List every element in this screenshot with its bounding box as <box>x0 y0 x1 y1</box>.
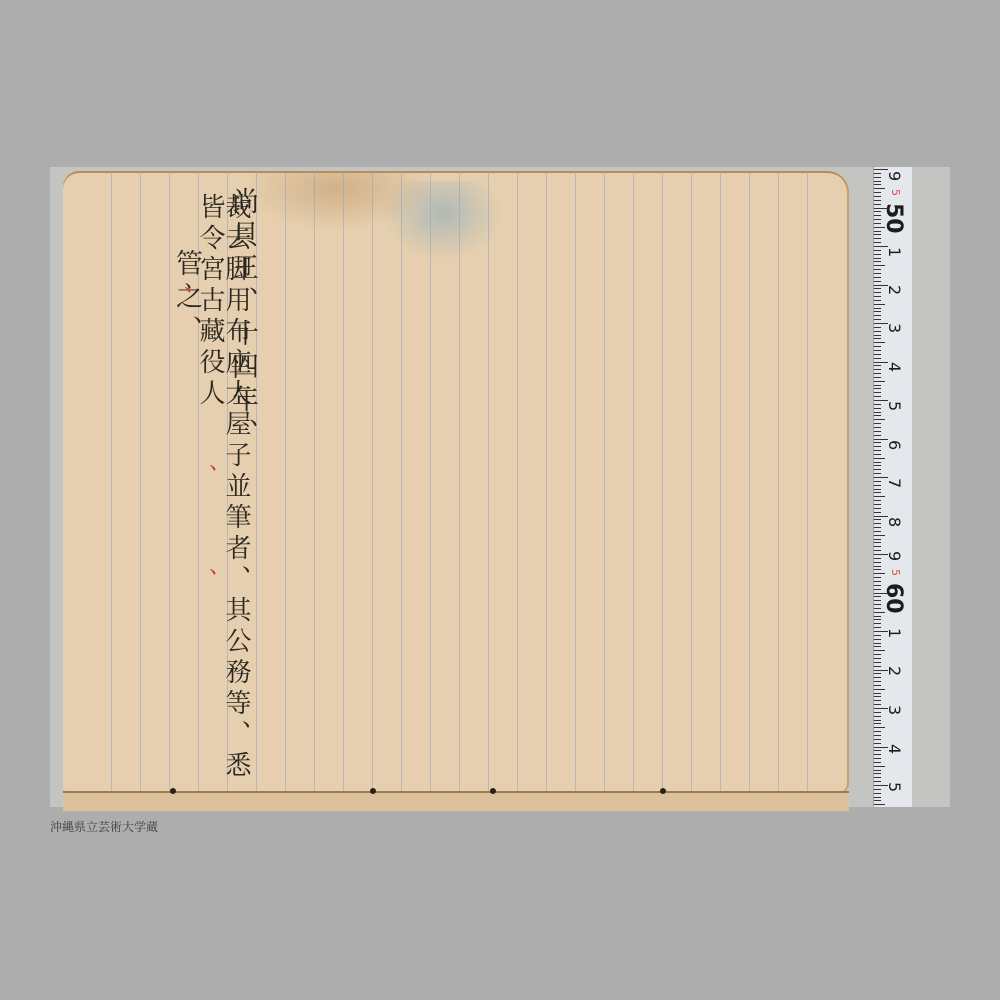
ruler-tick <box>874 246 888 247</box>
ruler-tick <box>874 762 881 763</box>
ruled-line <box>459 171 460 793</box>
ruler-label: 5 <box>885 401 904 441</box>
ruler-tick <box>874 319 881 320</box>
ruler-tick <box>874 593 888 594</box>
ruler-tick <box>874 188 885 189</box>
ruled-line <box>314 171 315 793</box>
ruler-tick <box>874 485 881 486</box>
ruler-tick <box>874 300 881 301</box>
ruler-tick <box>874 516 888 517</box>
ruler-label: 4 <box>885 362 904 402</box>
ruler-tick <box>874 635 881 636</box>
ruler-tick <box>874 800 881 801</box>
ruler-tick <box>874 296 881 297</box>
ruler-tick <box>874 758 881 759</box>
ruler-tick <box>874 770 881 771</box>
ruled-line <box>372 171 373 793</box>
ruler-tick <box>874 327 881 328</box>
ruled-line <box>140 171 141 793</box>
ruler-tick <box>874 573 885 574</box>
ruler-tick <box>874 285 888 286</box>
ruler-tick <box>874 739 881 740</box>
ruler-tick <box>874 542 881 543</box>
ruler-tick <box>874 273 881 274</box>
ruler-tick <box>874 358 881 359</box>
ruled-line <box>749 171 750 793</box>
ruler-tick <box>874 281 881 282</box>
ruler-tick <box>874 250 881 251</box>
ruler-tick <box>874 388 881 389</box>
ruler-tick <box>874 596 881 597</box>
ruler-tick <box>874 558 881 559</box>
ruler-tick <box>874 477 888 478</box>
ruler-tick <box>874 404 881 405</box>
ruled-line <box>401 171 402 793</box>
ruler-tick <box>874 777 881 778</box>
ruler-tick <box>874 589 881 590</box>
ruler-tick <box>874 400 888 401</box>
ruled-line <box>662 171 663 793</box>
ruler-tick <box>874 785 888 786</box>
ruler-tick <box>874 261 881 262</box>
ruler-tick <box>874 631 888 632</box>
ruler-tick <box>874 712 881 713</box>
ruler-tick <box>874 727 885 728</box>
ruler-tick <box>874 258 881 259</box>
ruler-tick <box>874 211 881 212</box>
ruler-tick <box>874 616 881 617</box>
ruler-tick <box>874 519 881 520</box>
ruler-label: 60 <box>881 583 906 623</box>
ruler-tick <box>874 277 881 278</box>
ruler-tick <box>874 308 881 309</box>
ruler-label: 6 <box>885 440 904 480</box>
ruler-tick <box>874 673 881 674</box>
ruler-tick <box>874 604 881 605</box>
ruler-tick <box>874 415 881 416</box>
ruler-tick <box>874 431 881 432</box>
ruler-tick <box>874 789 881 790</box>
ruler-tick <box>874 754 881 755</box>
ruler-tick <box>874 531 881 532</box>
ruler-tick <box>874 793 881 794</box>
ruler-tick <box>874 392 881 393</box>
ruler-tick <box>874 569 881 570</box>
ruler-tick <box>874 231 881 232</box>
ruler-tick <box>874 797 881 798</box>
ruler-tick <box>874 500 881 501</box>
ruler-tick <box>874 608 881 609</box>
ruler-tick <box>874 315 881 316</box>
red-punctuation-mark: 、 <box>184 267 206 298</box>
stitch-hole <box>370 788 376 794</box>
ruler-tick <box>874 454 881 455</box>
ruler-tick <box>874 439 888 440</box>
ruler-tick <box>874 639 881 640</box>
ruler-tick <box>874 716 881 717</box>
ruler-tick <box>874 700 881 701</box>
ruler-tick <box>874 523 881 524</box>
ruler-tick <box>874 435 881 436</box>
ruler-tick <box>874 627 881 628</box>
ruler-tick <box>874 377 881 378</box>
ruler-tick <box>874 177 881 178</box>
ruler-tick <box>874 708 888 709</box>
ruler-tick <box>874 227 885 228</box>
ruler-tick <box>874 804 885 805</box>
ruled-line <box>691 171 692 793</box>
ruler-tick <box>874 720 881 721</box>
ruler-tick <box>874 696 881 697</box>
ruled-line <box>633 171 634 793</box>
ruler-tick <box>874 288 881 289</box>
ruled-line <box>285 171 286 793</box>
ruler-tick <box>874 362 888 363</box>
ruler-tick <box>874 331 881 332</box>
ruler-tick <box>874 396 881 397</box>
ruler-tick <box>874 462 881 463</box>
ruler-tick <box>874 723 881 724</box>
ruler-tick <box>874 412 881 413</box>
ruler-tick <box>874 612 885 613</box>
ruler-tick <box>874 442 881 443</box>
ruler-tick <box>874 693 881 694</box>
ruler-tick <box>874 689 885 690</box>
ruler-tick <box>874 566 881 567</box>
ruled-line <box>517 171 518 793</box>
ruler-tick <box>874 311 881 312</box>
ruler-tick <box>874 427 881 428</box>
ruler-label: 7 <box>885 478 904 518</box>
ruler-tick <box>874 650 885 651</box>
ruler-tick <box>874 204 881 205</box>
ruler-tick <box>874 546 881 547</box>
ruler-label: 3 <box>885 705 904 745</box>
ruler-tick <box>874 181 881 182</box>
ruled-line <box>575 171 576 793</box>
ruler-tick <box>874 408 881 409</box>
notebook-page: 尚貝王、十四年、 裁去脚用布座大屋子並筆者、其公務等、悉皆令宮古藏役人 管之、 … <box>63 171 849 793</box>
ruled-line <box>488 171 489 793</box>
ruler-tick <box>874 208 888 209</box>
ruler-tick <box>874 670 888 671</box>
ruler-tick <box>874 215 881 216</box>
ruler-tick <box>874 677 881 678</box>
ruler-tick <box>874 554 888 555</box>
ruled-line <box>778 171 779 793</box>
stitch-hole <box>660 788 666 794</box>
ruler-tick <box>874 781 881 782</box>
ruler-label: 50 <box>881 203 906 243</box>
ruler-tick <box>874 373 881 374</box>
ruler-tick <box>874 200 881 201</box>
ruler-tick <box>874 184 881 185</box>
ruler-tick <box>874 600 881 601</box>
ruler-tick <box>874 562 881 563</box>
ruler-tick <box>874 550 881 551</box>
ruler-label: 4 <box>885 744 904 784</box>
ruler-tick <box>874 223 881 224</box>
ruled-line <box>720 171 721 793</box>
ruled-line <box>546 171 547 793</box>
ruler-tick <box>874 504 881 505</box>
ruler-tick <box>874 369 881 370</box>
ruler-tick <box>874 508 881 509</box>
archival-photo: 尚貝王、十四年、 裁去脚用布座大屋子並筆者、其公務等、悉皆令宮古藏役人 管之、 … <box>50 167 950 807</box>
ruler-tick <box>874 743 881 744</box>
ruler-tick <box>874 238 881 239</box>
ruler-tick <box>874 646 881 647</box>
ruler-tick <box>874 465 881 466</box>
ruled-line <box>430 171 431 793</box>
ruler-tick <box>874 577 881 578</box>
ruler-label: 1 <box>885 628 904 668</box>
ruler-tick <box>874 365 881 366</box>
ruler-tick <box>874 269 881 270</box>
ruled-line <box>169 171 170 793</box>
red-punctuation-mark: 、 <box>209 549 231 580</box>
ruler-tick <box>874 350 881 351</box>
ruler-tick <box>874 773 881 774</box>
ruler-tick <box>874 419 885 420</box>
ruler-tick <box>874 323 888 324</box>
ruler-tick <box>874 666 881 667</box>
ruler-tick <box>874 385 881 386</box>
ruler-tick <box>874 458 885 459</box>
ruler-label: 2 <box>885 285 904 325</box>
ruler-tick <box>874 750 881 751</box>
ruler-label: 5 <box>885 782 904 822</box>
ruler-tick <box>874 581 881 582</box>
ruler-tick <box>874 766 885 767</box>
ruler-tick <box>874 196 881 197</box>
ruler-tick <box>874 169 888 170</box>
ruler-tick <box>874 658 881 659</box>
stitch-hole <box>490 788 496 794</box>
ruler-tick <box>874 512 881 513</box>
ruler-tick <box>874 535 885 536</box>
ruler-tick <box>874 446 881 447</box>
ruler-label: 1 <box>885 247 904 287</box>
collection-credit: 沖縄県立芸術大学蔵 <box>50 818 158 835</box>
ruler-tick <box>874 173 881 174</box>
ruled-line <box>343 171 344 793</box>
ruler-tick <box>874 585 881 586</box>
ruler-tick <box>874 342 885 343</box>
ruler-tick <box>874 473 881 474</box>
ruler-tick <box>874 234 881 235</box>
ruler-tick <box>874 346 881 347</box>
ruler-tick <box>874 619 881 620</box>
ruled-line <box>604 171 605 793</box>
ruled-line <box>807 171 808 793</box>
ruler-tick <box>874 685 881 686</box>
ruler-label: 3 <box>885 323 904 363</box>
ruler-tick <box>874 381 885 382</box>
ruler-tick <box>874 735 881 736</box>
ruler-tick <box>874 489 881 490</box>
ruler-tick <box>874 623 881 624</box>
ruler-tick <box>874 731 881 732</box>
ruler-tick <box>874 654 881 655</box>
ruler-tick <box>874 265 885 266</box>
ruler-tick <box>874 450 881 451</box>
ruler-tick <box>874 704 881 705</box>
ruler-tick <box>874 527 881 528</box>
ruler-tick <box>874 335 881 336</box>
ruler-tick <box>874 242 881 243</box>
ruler-tick <box>874 469 881 470</box>
ruler-tick <box>874 681 881 682</box>
handwriting-column-3: 管之、 <box>173 249 200 348</box>
ruler-tick <box>874 292 881 293</box>
ruler-tick <box>874 354 881 355</box>
stitch-hole <box>170 788 176 794</box>
red-punctuation-mark: 、 <box>209 445 231 476</box>
ruler-tick <box>874 304 885 305</box>
ruled-line <box>111 171 112 793</box>
ruler-tick <box>874 496 885 497</box>
ruler-label: 2 <box>885 666 904 706</box>
ruler-tick <box>874 192 881 193</box>
ruler-tick <box>874 219 881 220</box>
ruler-tick <box>874 481 881 482</box>
ruler-tick <box>874 492 881 493</box>
ruler-tick <box>874 643 881 644</box>
ruler-tick <box>874 662 881 663</box>
ruler-tick <box>874 747 888 748</box>
measuring-ruler: 9 5 50 1 2 3 4 5 6 7 8 9 5 60 1 2 3 4 5 <box>873 167 912 807</box>
page-binding-edge <box>63 791 849 811</box>
ruler-tick <box>874 338 881 339</box>
ruler-tick <box>874 254 881 255</box>
ruler-tick <box>874 423 881 424</box>
ruler-tick <box>874 539 881 540</box>
